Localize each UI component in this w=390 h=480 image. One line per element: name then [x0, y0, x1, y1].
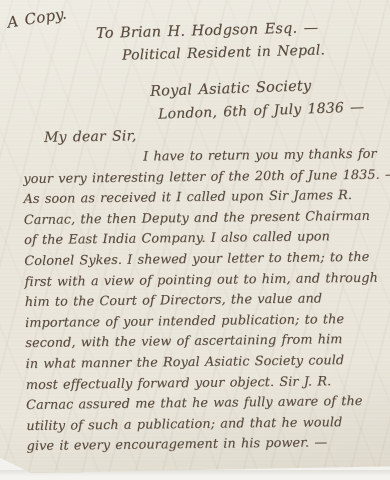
salutation: My dear Sir,	[44, 128, 137, 146]
scanned-letter: A Copy. To Brian H. Hodgson Esq. — Polit…	[0, 0, 390, 480]
letter-body: I have to return you my thanks for your …	[23, 145, 390, 458]
